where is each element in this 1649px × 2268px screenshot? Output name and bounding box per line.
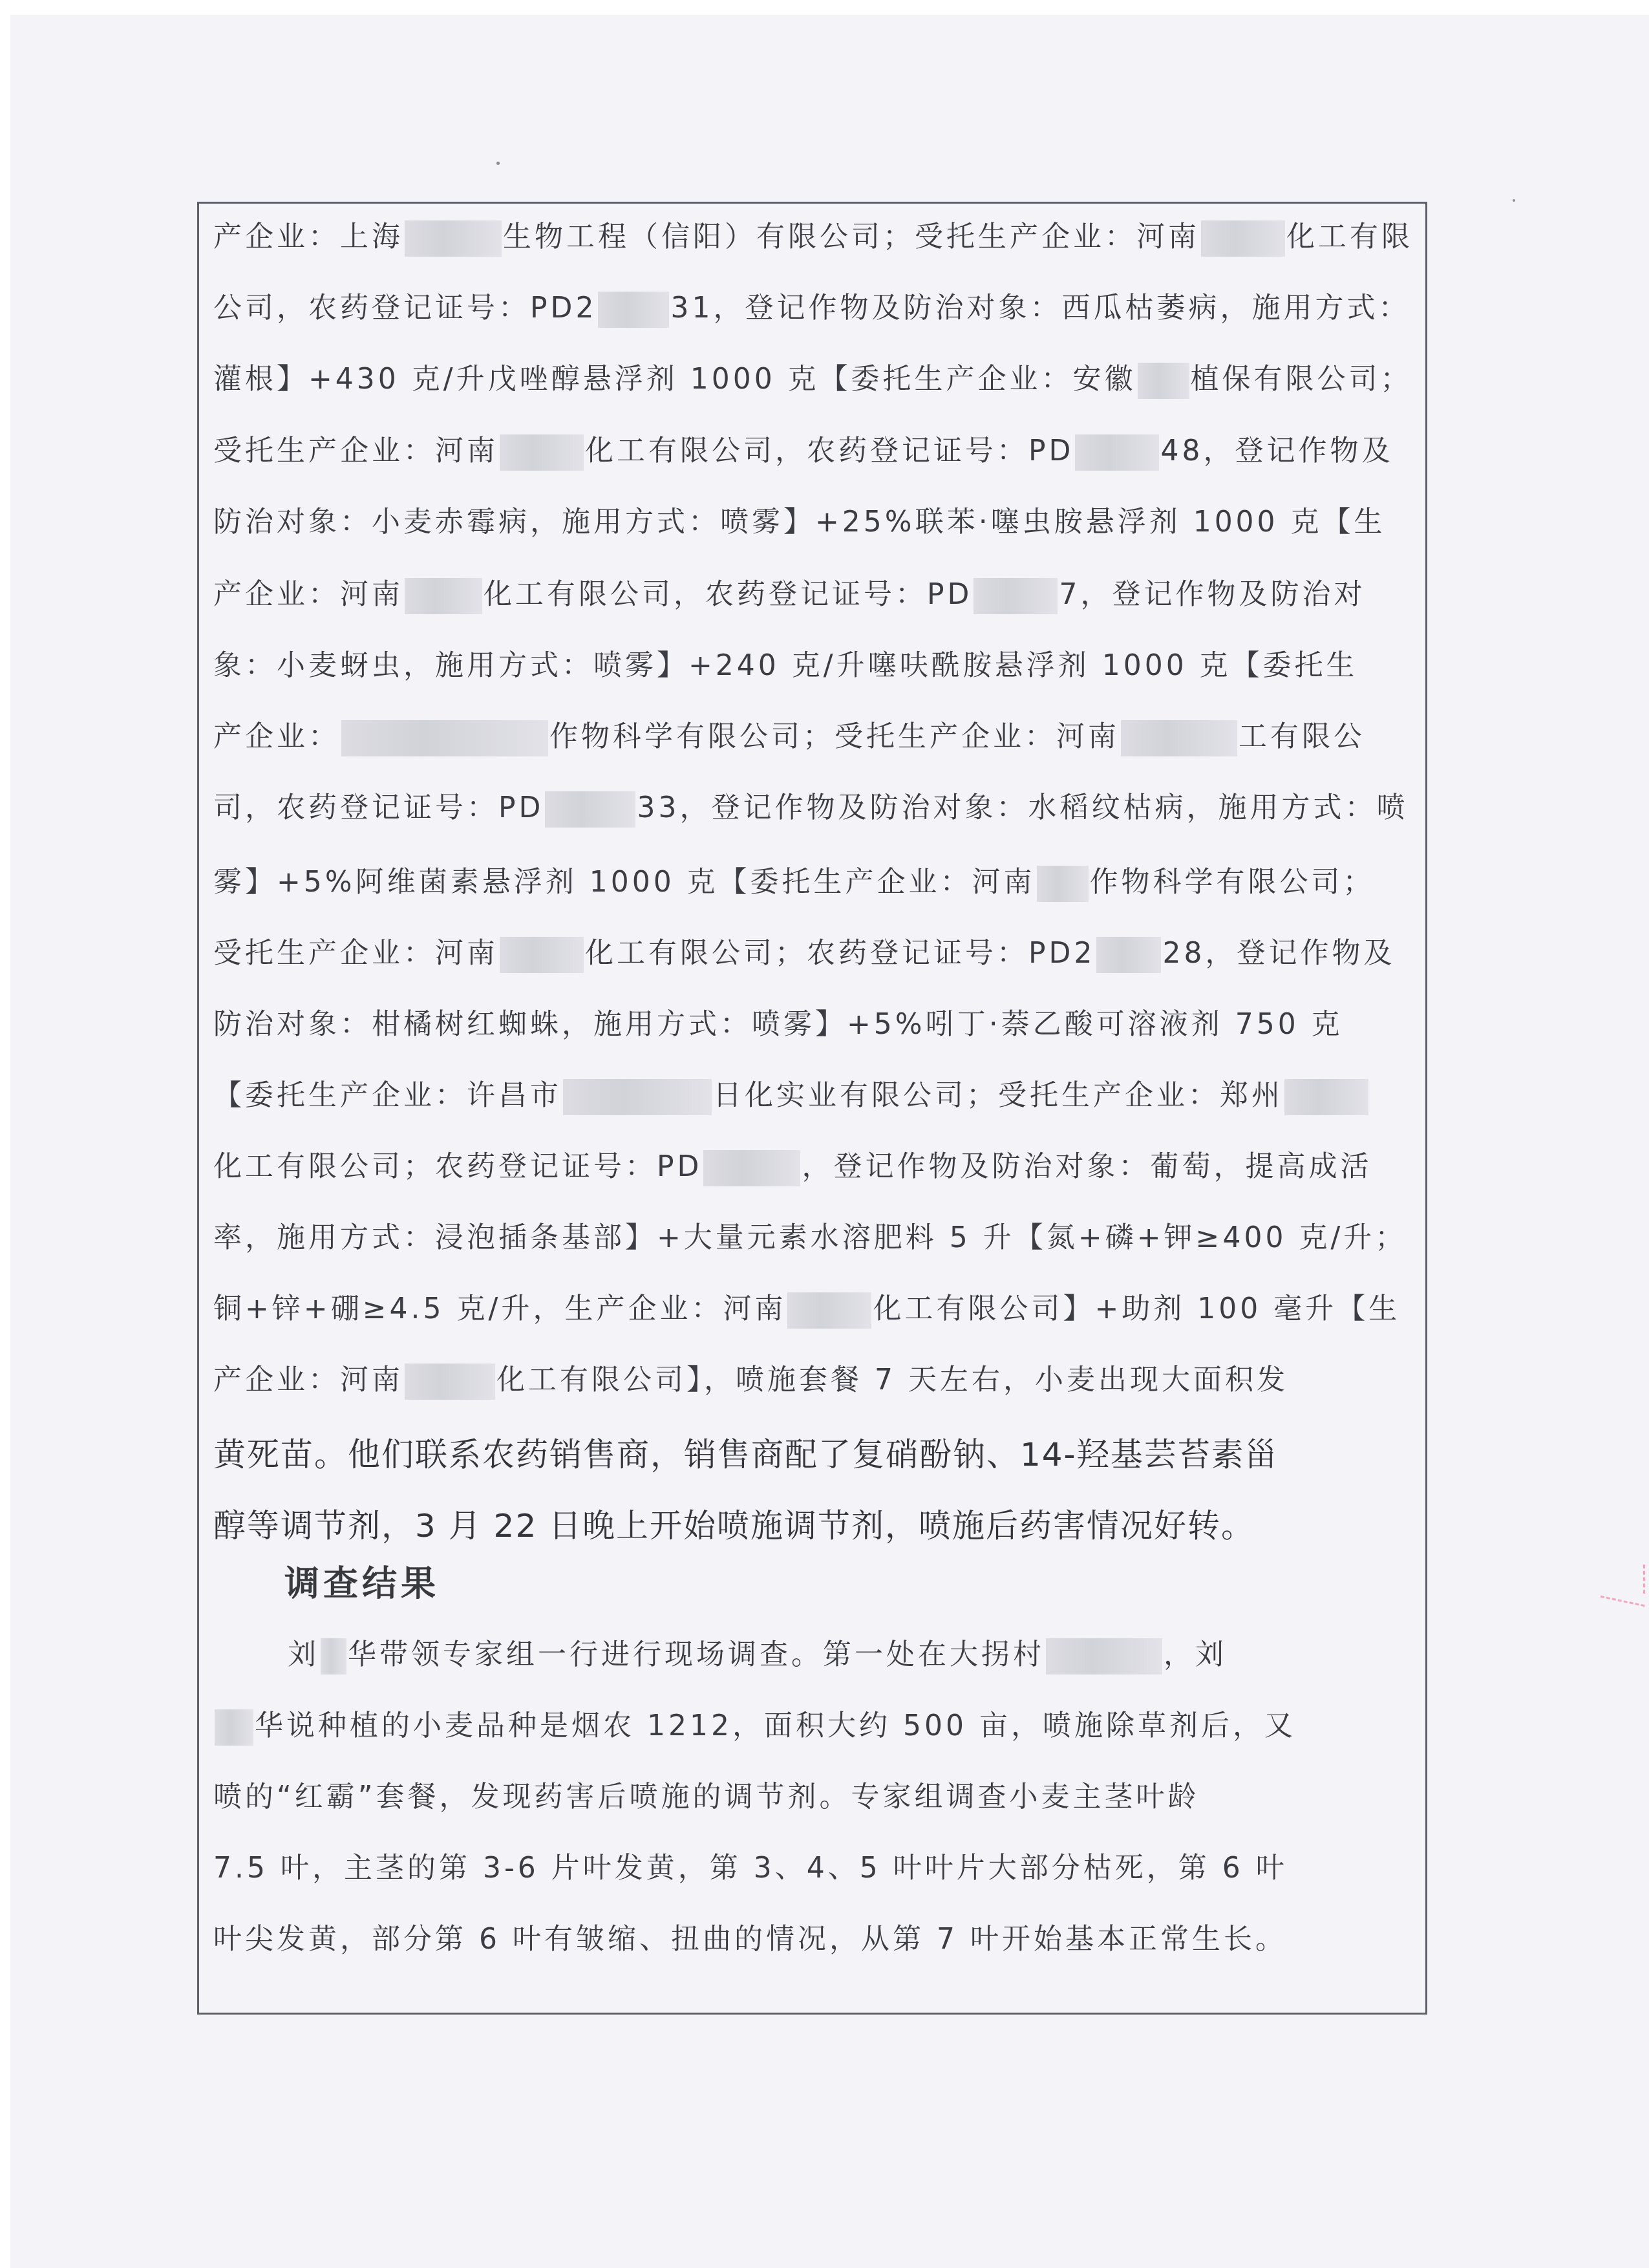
redaction-block bbox=[1138, 363, 1189, 399]
text-segment: 48，登记作物及 bbox=[1160, 434, 1393, 467]
text-segment: 作物科学有限公司；受托生产企业：河南 bbox=[549, 720, 1120, 753]
body-line: 象：小麦蚜虫，施用方式：喷雾】+240 克/升噻呋酰胺悬浮剂 1000 克【委托… bbox=[213, 640, 1416, 692]
text-segment: 雾】+5%阿维菌素悬浮剂 1000 克【委托生产企业：河南 bbox=[213, 866, 1036, 899]
redaction-block bbox=[703, 1150, 800, 1186]
redaction-block bbox=[405, 1364, 495, 1400]
result-line: 叶尖发黄，部分第 6 叶有皱缩、扭曲的情况，从第 7 叶开始基本正常生长。 bbox=[213, 1914, 1416, 1965]
body-line: 产企业：河南化工有限公司，农药登记证号：PD7，登记作物及防治对 bbox=[213, 569, 1416, 621]
body-line: 醇等调节剂，3 月 22 日晚上开始喷施调节剂，喷施后药害情况好转。 bbox=[213, 1500, 1416, 1552]
text-segment: 33，登记作物及防治对象：水稻纹枯病，施用方式：喷 bbox=[637, 791, 1408, 824]
body-line: 化工有限公司；农药登记证号：PD，登记作物及防治对象：葡萄，提高成活 bbox=[213, 1141, 1416, 1193]
result-line: 喷的“红霸”套餐，发现药害后喷施的调节剂。专家组调查小麦主茎叶龄 bbox=[213, 1771, 1416, 1823]
text-segment: 产企业：河南 bbox=[213, 1364, 403, 1396]
text-segment: 象：小麦蚜虫，施用方式：喷雾】+240 克/升噻呋酰胺悬浮剂 1000 克【委托… bbox=[213, 649, 1358, 682]
body-line: 雾】+5%阿维菌素悬浮剂 1000 克【委托生产企业：河南作物科学有限公司； bbox=[213, 857, 1416, 908]
body-line: 灌根】+430 克/升戊唑醇悬浮剂 1000 克【委托生产企业：安徽植保有限公司… bbox=[213, 354, 1416, 405]
text-segment: 铜+锌+硼≥4.5 克/升，生产企业：河南 bbox=[213, 1292, 786, 1325]
text-segment: 防治对象：柑橘树红蜘蛛，施用方式：喷雾】+5%吲丁·萘乙酸可溶液剂 750 克 bbox=[213, 1008, 1343, 1041]
text-segment: 【委托生产企业：许昌市 bbox=[213, 1079, 562, 1112]
body-line: 产企业：河南化工有限公司】，喷施套餐 7 天左右，小麦出现大面积发 bbox=[213, 1354, 1416, 1406]
redaction-block bbox=[405, 578, 482, 614]
redaction-block bbox=[598, 292, 669, 328]
redaction-block bbox=[545, 791, 635, 828]
redaction-block bbox=[563, 1079, 712, 1115]
text-segment: ，刘 bbox=[1164, 1638, 1227, 1671]
text-segment: 工有限公 bbox=[1239, 720, 1365, 753]
text-segment: 化工有限公司；农药登记证号：PD2 bbox=[585, 937, 1095, 970]
text-segment: 灌根】+430 克/升戊唑醇悬浮剂 1000 克【委托生产企业：安徽 bbox=[213, 363, 1136, 396]
redaction-block bbox=[1121, 720, 1237, 756]
body-line: 公司，农药登记证号：PD231，登记作物及防治对象：西瓜枯萎病，施用方式： bbox=[213, 283, 1416, 334]
text-segment: 防治对象：小麦赤霉病，施用方式：喷雾】+25%联苯·噻虫胺悬浮剂 1000 克【… bbox=[213, 506, 1386, 539]
text-segment: 植保有限公司； bbox=[1191, 363, 1412, 396]
text-segment: 受托生产企业：河南 bbox=[213, 937, 498, 970]
text-segment: 喷的“红霸”套餐，发现药害后喷施的调节剂。专家组调查小麦主茎叶龄 bbox=[213, 1781, 1200, 1813]
redaction-block bbox=[341, 720, 548, 756]
body-line: 【委托生产企业：许昌市日化实业有限公司；受托生产企业：郑州 bbox=[213, 1070, 1416, 1122]
body-line: 产企业：上海生物工程（信阳）有限公司；受托生产企业：河南化工有限 bbox=[213, 211, 1416, 263]
result-line: 华说种植的小麦品种是烟农 1212，面积大约 500 亩，喷施除草剂后，又 bbox=[213, 1700, 1416, 1752]
body-line: 防治对象：小麦赤霉病，施用方式：喷雾】+25%联苯·噻虫胺悬浮剂 1000 克【… bbox=[213, 497, 1416, 548]
redaction-block bbox=[787, 1292, 871, 1329]
redaction-block bbox=[321, 1638, 346, 1674]
text-segment: 作物科学有限公司； bbox=[1090, 866, 1375, 899]
text-segment: 醇等调节剂，3 月 22 日晚上开始喷施调节剂，喷施后药害情况好转。 bbox=[213, 1507, 1255, 1545]
body-line: 率，施用方式：浸泡插条基部】+大量元素水溶肥料 5 升【氮+磷+钾≥400 克/… bbox=[213, 1212, 1416, 1264]
text-segment: 受托生产企业：河南 bbox=[213, 434, 498, 467]
scan-speck bbox=[1513, 199, 1515, 202]
redaction-block bbox=[1096, 937, 1161, 973]
redaction-block bbox=[405, 220, 502, 257]
text-segment: 化工有限公司，农药登记证号：PD bbox=[585, 434, 1074, 467]
text-segment: 化工有限公司；农药登记证号：PD bbox=[213, 1150, 702, 1183]
text-segment: 黄死苗。他们联系农药销售商，销售商配了复硝酚钠、14-羟基芸苔素甾 bbox=[213, 1436, 1279, 1473]
redaction-block bbox=[500, 937, 584, 973]
text-segment: 叶尖发黄，部分第 6 叶有皱缩、扭曲的情况，从第 7 叶开始基本正常生长。 bbox=[213, 1923, 1287, 1956]
body-line: 黄死苗。他们联系农药销售商，销售商配了复硝酚钠、14-羟基芸苔素甾 bbox=[213, 1429, 1416, 1481]
body-line: 受托生产企业：河南化工有限公司，农药登记证号：PD48，登记作物及 bbox=[213, 425, 1416, 477]
redaction-block bbox=[1037, 866, 1089, 902]
text-segment: 华带领专家组一行进行现场调查。第一处在大拐村 bbox=[348, 1638, 1045, 1671]
section-heading-investigation-results: 调查结果 bbox=[284, 1558, 440, 1610]
scan-speck bbox=[496, 162, 500, 165]
body-line: 铜+锌+硼≥4.5 克/升，生产企业：河南化工有限公司】+助剂 100 毫升【生 bbox=[213, 1283, 1416, 1335]
redaction-block bbox=[973, 578, 1058, 614]
text-segment: 生物工程（信阳）有限公司；受托生产企业：河南 bbox=[503, 220, 1200, 253]
text-segment: 产企业： bbox=[213, 720, 340, 753]
text-segment: 7.5 叶，主茎的第 3-6 片叶发黄，第 3、4、5 叶叶片大部分枯死，第 6… bbox=[213, 1852, 1288, 1885]
text-segment: 化工有限公司】+助剂 100 毫升【生 bbox=[873, 1292, 1400, 1325]
redaction-block bbox=[1201, 220, 1285, 257]
body-line: 防治对象：柑橘树红蜘蛛，施用方式：喷雾】+5%吲丁·萘乙酸可溶液剂 750 克 bbox=[213, 999, 1416, 1051]
text-segment: 产企业：河南 bbox=[213, 578, 403, 611]
text-segment: ，登记作物及防治对象：葡萄，提高成活 bbox=[802, 1150, 1372, 1183]
redaction-block bbox=[1284, 1079, 1368, 1115]
text-segment: 31，登记作物及防治对象：西瓜枯萎病，施用方式： bbox=[670, 292, 1410, 325]
text-segment: 化工有限公司，农药登记证号：PD bbox=[484, 578, 972, 611]
text-segment: 司，农药登记证号：PD bbox=[213, 791, 544, 824]
text-segment: 公司，农药登记证号：PD2 bbox=[213, 292, 597, 325]
body-line: 产企业：作物科学有限公司；受托生产企业：河南工有限公 bbox=[213, 711, 1416, 763]
text-segment: 化工有限公司】，喷施套餐 7 天左右，小麦出现大面积发 bbox=[496, 1364, 1288, 1396]
redaction-block bbox=[1046, 1638, 1162, 1674]
redaction-block bbox=[215, 1709, 253, 1746]
text-segment: 华说种植的小麦品种是烟农 1212，面积大约 500 亩，喷施除草剂后，又 bbox=[255, 1709, 1296, 1742]
text-segment: 刘 bbox=[288, 1638, 319, 1671]
result-line: 7.5 叶，主茎的第 3-6 片叶发黄，第 3、4、5 叶叶片大部分枯死，第 6… bbox=[213, 1843, 1416, 1894]
text-segment: 化工有限 bbox=[1286, 220, 1413, 253]
text-segment: 率，施用方式：浸泡插条基部】+大量元素水溶肥料 5 升【氮+磷+钾≥400 克/… bbox=[213, 1221, 1407, 1254]
redaction-block bbox=[500, 434, 584, 471]
result-line: 刘华带领专家组一行进行现场调查。第一处在大拐村，刘 bbox=[288, 1629, 1490, 1681]
body-line: 司，农药登记证号：PD33，登记作物及防治对象：水稻纹枯病，施用方式：喷 bbox=[213, 782, 1416, 834]
text-segment: 产企业：上海 bbox=[213, 220, 403, 253]
text-segment: 7，登记作物及防治对 bbox=[1059, 578, 1365, 611]
redaction-block bbox=[1075, 434, 1159, 471]
text-segment: 日化实业有限公司；受托生产企业：郑州 bbox=[713, 1079, 1283, 1112]
stamp-trace-mark bbox=[1643, 1565, 1648, 1594]
body-line: 受托生产企业：河南化工有限公司；农药登记证号：PD228，登记作物及 bbox=[213, 928, 1416, 979]
text-segment: 28，登记作物及 bbox=[1162, 937, 1395, 970]
